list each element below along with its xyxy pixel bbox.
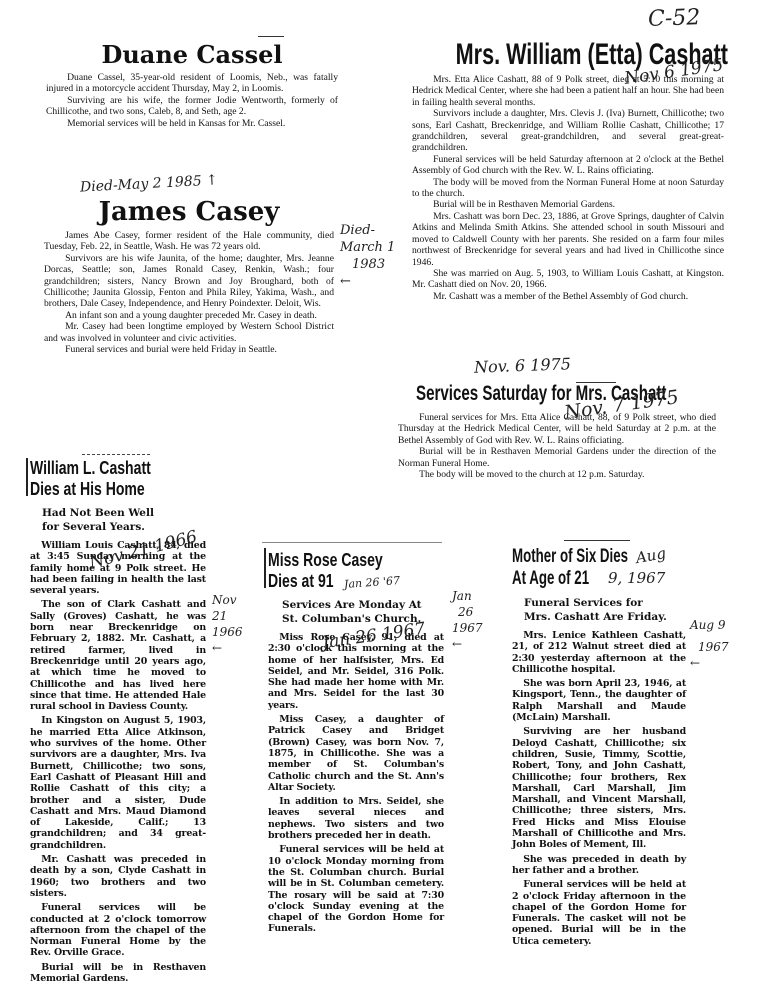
- paragraph: Funeral services will be held at 10 o'cl…: [268, 844, 444, 934]
- handwritten-side-note: Nov 21 1966 ←: [212, 592, 243, 656]
- note-line: 21: [212, 608, 243, 624]
- headline-line: Miss Rose Casey: [268, 550, 405, 571]
- subhead-line: Funeral Services for: [524, 596, 686, 610]
- obituary-mother-of-six: Mother of Six Dies At Age of 21 Funeral …: [512, 546, 686, 950]
- paragraph: Mrs. Lenice Kathleen Cashatt, 21, of 212…: [512, 630, 686, 675]
- note-line: Aug 9: [690, 614, 729, 636]
- arrow-icon: ←: [452, 636, 483, 652]
- note-line: March 1: [340, 239, 395, 256]
- obituary-rose-casey: Miss Rose Casey Dies at 91 Services Are …: [268, 550, 444, 938]
- paragraph: Burial will be in Resthaven Memorial Gar…: [412, 199, 724, 210]
- obituary-body: Duane Cassel, 35-year-old resident of Lo…: [46, 72, 338, 129]
- paragraph: In addition to Mrs. Seidel, she leaves s…: [268, 796, 444, 841]
- note-line: 1983: [340, 256, 395, 273]
- paragraph: Funeral services will be conducted at 2 …: [30, 902, 206, 958]
- obituary-body: William Louis Cashatt, 84, died at 3:45 …: [30, 540, 206, 984]
- obituary-body: James Abe Casey, former resident of the …: [44, 230, 334, 355]
- paragraph: Mr. Casey had been longtime employed by …: [44, 321, 334, 344]
- paragraph: An infant son and a young daughter prece…: [44, 310, 334, 321]
- handwritten-death-note: Died- March 1 1983 ←: [340, 222, 395, 290]
- note-line: Jan: [452, 588, 483, 604]
- paragraph: Memorial services will be held in Kansas…: [46, 118, 338, 129]
- paragraph: Survivors include a daughter, Mrs. Clevi…: [412, 108, 724, 154]
- paragraph: Mr. Cashatt was a member of the Bethel A…: [412, 291, 724, 302]
- paragraph: Funeral services and burial were held Fr…: [44, 344, 334, 355]
- obituary-body: Funeral services for Mrs. Etta Alice Cas…: [398, 412, 716, 480]
- column-rule: [26, 458, 28, 496]
- paragraph: Funeral services for Mrs. Etta Alice Cas…: [398, 412, 716, 446]
- paragraph: She was born April 23, 1946, at Kingspor…: [512, 678, 686, 723]
- paragraph: The son of Clark Cashatt and Sally (Grov…: [30, 599, 206, 712]
- obituary-james-casey: James Casey James Abe Casey, former resi…: [44, 196, 334, 355]
- paragraph: Funeral services will be held at 2 o'clo…: [512, 879, 686, 947]
- headline: Duane Cassel: [46, 40, 338, 70]
- paragraph: The body will be moved to the church at …: [398, 469, 716, 480]
- subhead-line: Services Are Monday At: [282, 598, 444, 612]
- obituary-body: Mrs. Etta Alice Cashatt, 88 of 9 Polk st…: [412, 74, 724, 302]
- clipping-divider: [564, 540, 630, 541]
- paragraph: Survivors are his wife Jaunita, of the h…: [44, 253, 334, 310]
- paragraph: Duane Cassel, 35-year-old resident of Lo…: [46, 72, 338, 95]
- paragraph: In Kingston on August 5, 1903, he marrie…: [30, 715, 206, 851]
- note-line: 26: [452, 604, 483, 620]
- subhead-line: Had Not Been Well: [42, 506, 206, 520]
- headline: William L. Cashatt Dies at His Home: [30, 458, 206, 500]
- paragraph: James Abe Casey, former resident of the …: [44, 230, 334, 253]
- paragraph: She was married on Aug. 5, 1903, to Will…: [412, 268, 724, 291]
- obituary-body: Mrs. Lenice Kathleen Cashatt, 21, of 212…: [512, 630, 686, 947]
- subheadline: Funeral Services for Mrs. Cashatt Are Fr…: [512, 596, 686, 624]
- handwritten-side-note: Aug 9 1967 ←: [690, 614, 729, 674]
- column-rule: [264, 548, 266, 588]
- paragraph: Burial will be in Resthaven Memorial Gar…: [30, 962, 206, 985]
- handwritten-date-annotation: Died-May 2 1985 ↑: [80, 172, 219, 195]
- headline-line: William L. Cashatt: [30, 458, 167, 479]
- paragraph: She was preceded in death by her father …: [512, 854, 686, 877]
- handwritten-side-note: Jan 26 1967 ←: [452, 588, 483, 652]
- paragraph: The body will be moved from the Norman F…: [412, 177, 724, 200]
- reference-mark-annotation: C-52: [648, 5, 701, 32]
- paragraph: Mr. Cashatt was preceded in death by a s…: [30, 854, 206, 899]
- clipping-divider: [262, 542, 442, 543]
- handwritten-date-annotation: Nov. 6 1975: [474, 354, 572, 376]
- subhead-line: Mrs. Cashatt Are Friday.: [524, 610, 686, 624]
- obituary-duane-cassel: Duane Cassel Duane Cassel, 35-year-old r…: [46, 40, 338, 129]
- note-line: 1967: [452, 620, 483, 636]
- handwritten-headline-note: Aug 9, 1967: [608, 548, 666, 588]
- note-line: Died-: [340, 222, 395, 239]
- paragraph: Surviving are her husband Deloyd Cashatt…: [512, 726, 686, 850]
- note-line: Nov: [212, 592, 243, 608]
- clipping-divider: [258, 36, 284, 37]
- paragraph: Burial will be in Resthaven Memorial Gar…: [398, 446, 716, 469]
- paragraph: Miss Casey, a daughter of Patrick Casey …: [268, 714, 444, 793]
- clipping-divider: [82, 454, 150, 455]
- paragraph: Funeral services will be held Saturday a…: [412, 154, 724, 177]
- headline: James Casey: [44, 196, 334, 228]
- paragraph: Mrs. Cashatt was born Dec. 23, 1886, at …: [412, 211, 724, 268]
- arrow-icon: ←: [212, 640, 243, 656]
- obituary-body: Miss Rose Casey, 91, died at 2:30 o'cloc…: [268, 632, 444, 935]
- arrow-icon: ←: [340, 273, 395, 290]
- paragraph: Surviving are his wife, the former Jodie…: [46, 95, 338, 118]
- note-line: 1966: [212, 624, 243, 640]
- headline-line: Dies at His Home: [30, 479, 167, 500]
